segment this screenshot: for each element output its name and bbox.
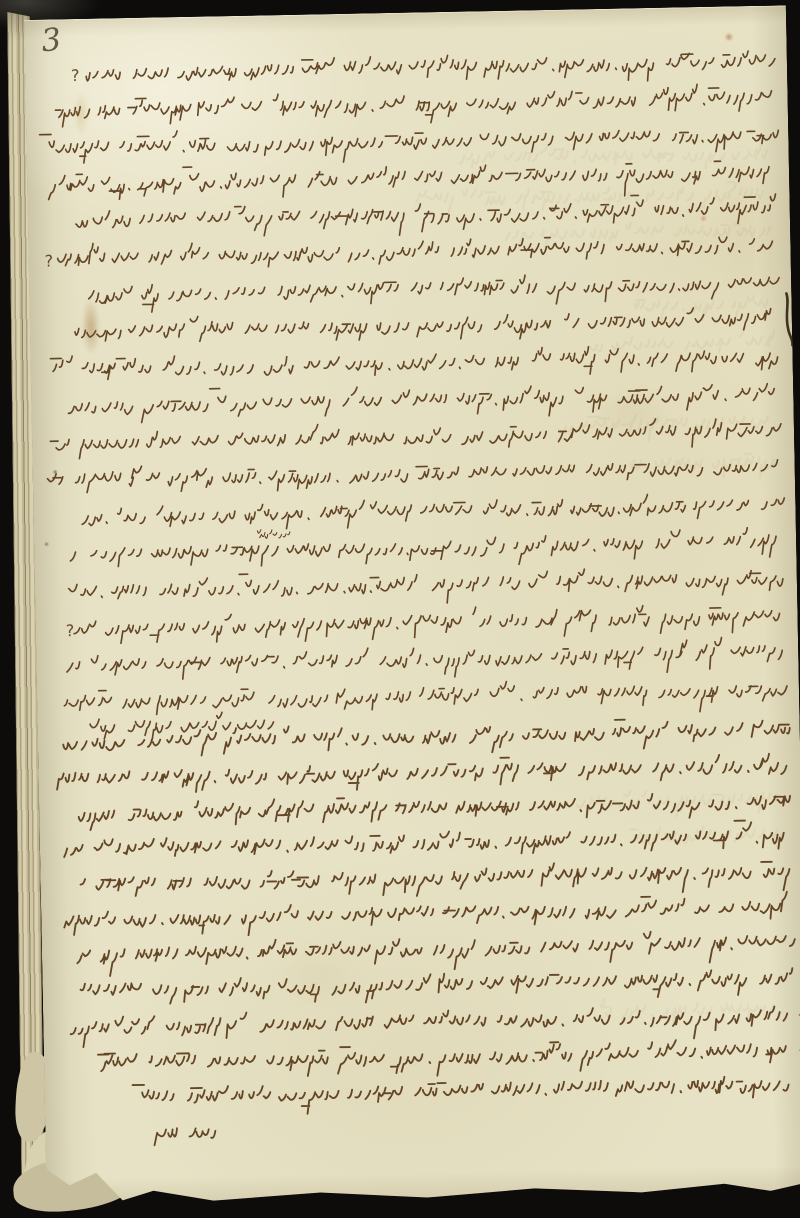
question-mark: ? bbox=[44, 251, 53, 270]
handwritten-text-line bbox=[64, 820, 784, 863]
question-mark: ? bbox=[66, 621, 75, 640]
manuscript-photo: 3 ???״״״ bbox=[0, 0, 800, 1218]
handwritten-text-line bbox=[80, 967, 792, 1008]
handwritten-text-line bbox=[47, 454, 778, 495]
handwritten-text-line bbox=[78, 789, 790, 830]
bleedthrough-ghost-writing bbox=[635, 296, 768, 325]
handwritten-text-line bbox=[82, 492, 785, 533]
interlinear-insertion bbox=[257, 529, 290, 538]
handwritten-text-line bbox=[48, 156, 769, 207]
question-mark: ? bbox=[71, 66, 80, 85]
handwritten-text-line bbox=[64, 892, 788, 939]
closing-word bbox=[154, 1127, 215, 1145]
handwritten-text-line bbox=[70, 527, 776, 573]
handwritten-text-line bbox=[68, 564, 783, 610]
manuscript-page: 3 ???״״״ bbox=[24, 5, 800, 1205]
handwritten-text-line bbox=[57, 230, 772, 270]
handwritten-text-line bbox=[77, 929, 795, 977]
handwritten-text-line bbox=[86, 49, 775, 92]
handwritten-text-line bbox=[80, 859, 790, 904]
handwriting-layer: ???״״״ bbox=[24, 5, 800, 1205]
handwritten-text-line bbox=[64, 676, 787, 724]
handwritten-text-line bbox=[55, 83, 772, 130]
handwritten-text-line bbox=[57, 752, 787, 795]
handwritten-text-line bbox=[133, 1073, 789, 1118]
handwritten-text-line bbox=[98, 1038, 786, 1082]
handwritten-text-line bbox=[63, 717, 790, 761]
handwritten-text-line bbox=[50, 416, 781, 460]
handwritten-text-line bbox=[68, 378, 775, 425]
handwritten-text-line bbox=[67, 636, 783, 684]
bleedthrough-ghost-writing bbox=[416, 182, 763, 218]
handwritten-text-line bbox=[75, 306, 771, 348]
handwritten-text-line bbox=[50, 343, 777, 385]
handwritten-text-line bbox=[74, 601, 780, 645]
edge-ink-smudge bbox=[786, 293, 792, 345]
bleedthrough-ghost-writing bbox=[459, 142, 767, 173]
bleedthrough-ghost-writing bbox=[506, 220, 771, 250]
handwritten-text-line bbox=[76, 193, 777, 242]
